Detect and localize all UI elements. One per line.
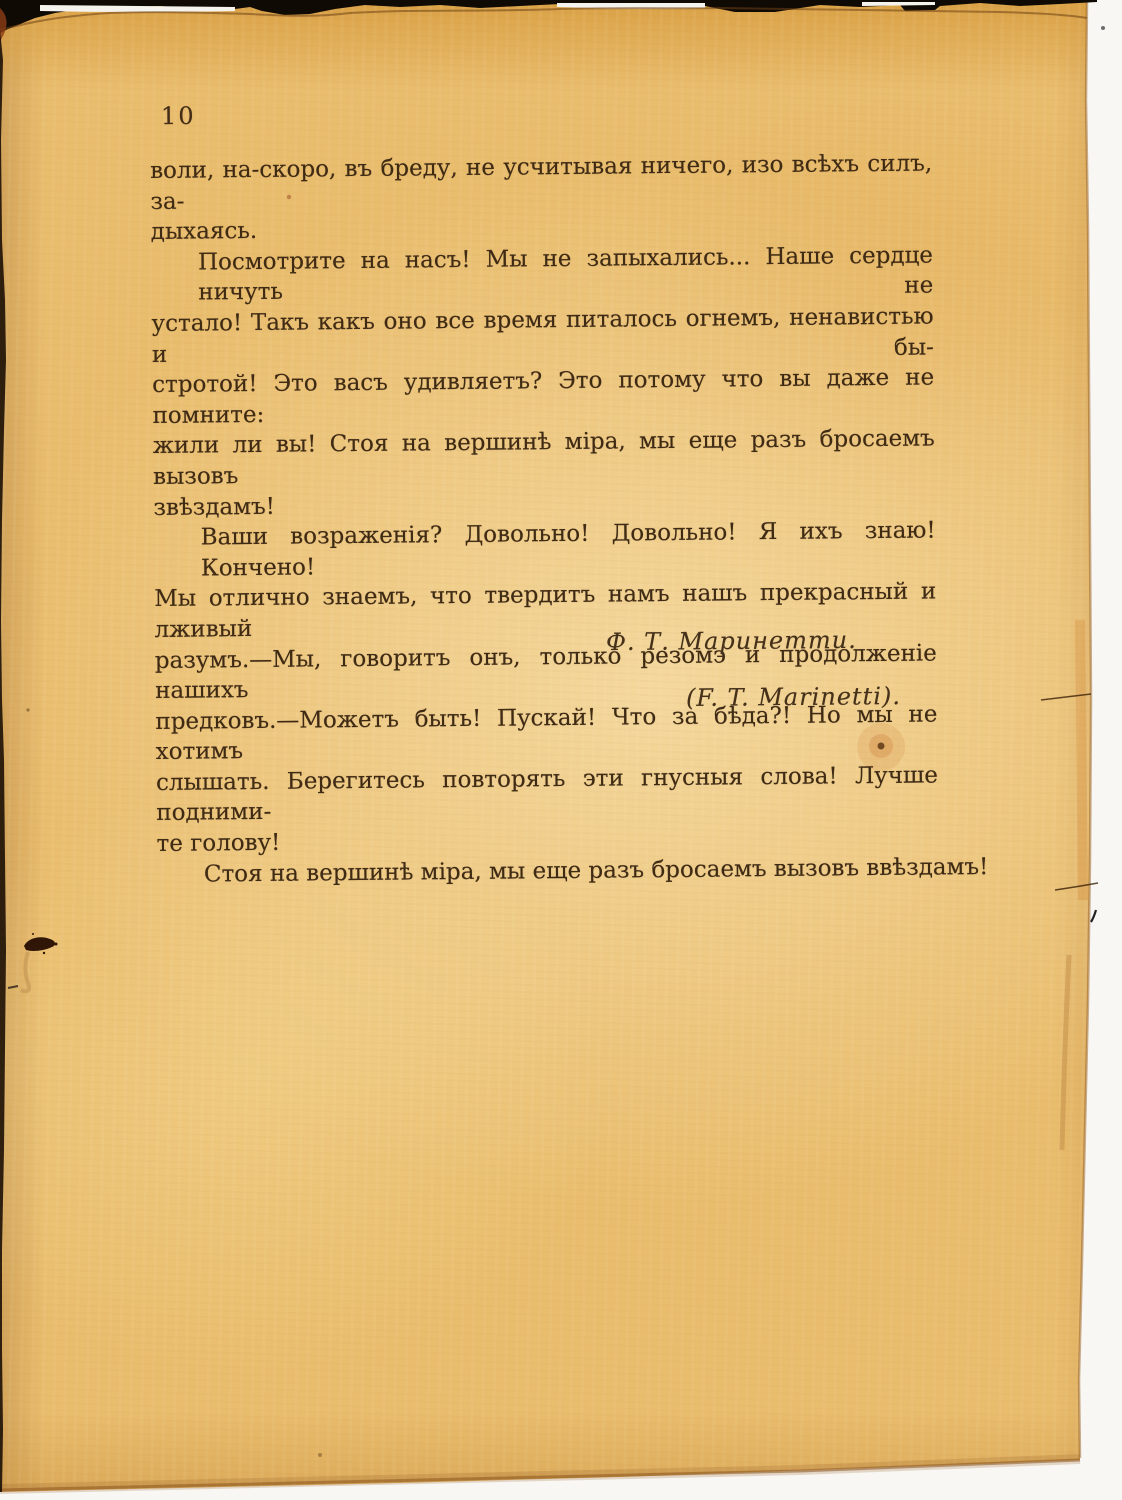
text-line: стротой! Это васъ удивляетъ? Это потому … [152, 363, 935, 432]
signature-cyrillic: Ф. Т. Маринетти. [606, 626, 857, 656]
text-line: воли, на-скоро, въ бреду, не усчитывая н… [150, 148, 933, 217]
page-number: 10 [161, 102, 196, 130]
body-text: воли, на-скоро, въ бреду, не усчитывая н… [150, 148, 939, 890]
signature-latin: (F. T. Marinetti). [686, 682, 901, 712]
scanned-book-page: 10 воли, на-скоро, въ бреду, не усчитыва… [0, 0, 1122, 1500]
text-lines: воли, на-скоро, въ бреду, не усчитывая н… [150, 148, 939, 890]
text-line: Посмотрите на насъ! Мы не запыхались... … [151, 240, 934, 309]
text-line: слышать. Берегитесь повторять эти гнусны… [156, 760, 939, 829]
text-line: жили ли вы! Стоя на вершинѣ міра, мы еще… [153, 424, 936, 493]
text-line: Ваши возраженія? Довольно! Довольно! Я и… [154, 516, 937, 585]
text-line: устало! Такъ какъ оно все время питалось… [151, 301, 934, 370]
